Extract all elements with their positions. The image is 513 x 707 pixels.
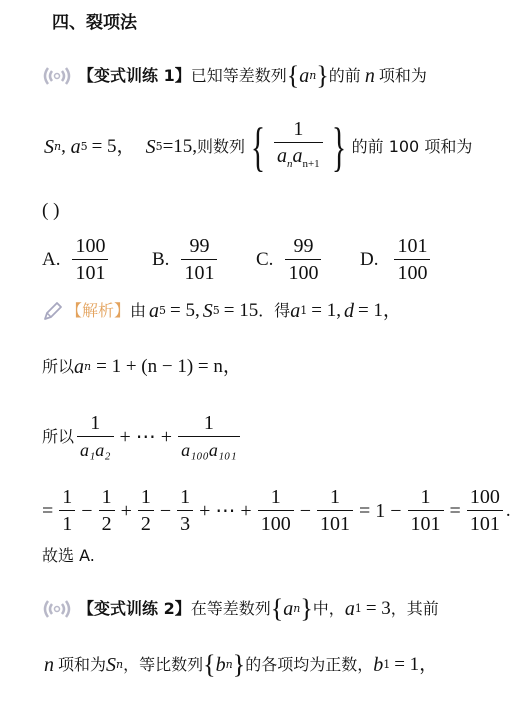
right-brace: }: [316, 63, 328, 89]
pencil-icon: [42, 300, 64, 322]
fraction: 1 anan+1: [274, 118, 323, 175]
left-brace: {: [287, 63, 299, 89]
option-b[interactable]: B. 99101: [152, 235, 256, 284]
option-c[interactable]: C. 99100: [256, 235, 360, 284]
answer-blank: ( ): [42, 200, 59, 222]
big-left-brace: {: [251, 120, 265, 174]
audio-broadcast-icon: [42, 599, 72, 619]
audio-broadcast-icon: [42, 66, 72, 86]
exercise2-line1: 【变式训练 2】 在等差数列 {an} 中， a1 = 3 ，其前: [42, 596, 439, 622]
option-a[interactable]: A. 100101: [42, 235, 152, 284]
solution-line4: = 11 − 12 + 12 − 13 + ⋯ + 1100 − 1101 = …: [42, 486, 511, 535]
exercise1-tag: 【变式训练 1】: [78, 65, 191, 87]
exercise2-line2: n 项和为 Sn ，等比数列 {bn} 的各项均为正数， b1 = 1，: [44, 652, 438, 678]
solution-line2: 所以 an = 1 + (n − 1) = n，: [42, 356, 242, 378]
solution-tag: 【解析】: [66, 300, 130, 322]
exercise2-tag: 【变式训练 2】: [78, 598, 191, 620]
options-row: A. 100101 B. 99101 C. 99100 D. 101100: [42, 235, 433, 284]
exercise1-line1: 【变式训练 1】 已知等差数列 { an } 的前 n 项和为: [42, 63, 427, 89]
section-title: 四、裂项法: [52, 12, 137, 34]
option-d[interactable]: D. 101100: [360, 235, 433, 284]
solution-conclusion: 故选 A.: [42, 545, 95, 567]
solution-line3: 所以 1a₁a₂ + ⋯ + 1a₁₀₀a₁₀₁: [42, 412, 243, 461]
big-right-brace: }: [332, 120, 346, 174]
exercise1-line2: Sn , a5 = 5， S5 =15, 则数列 { 1 anan+1 } 的前…: [44, 118, 472, 175]
solution-line1: 【解析】 由 a5 = 5, S5 = 15 ．得 a1 = 1, d = 1，: [42, 300, 402, 322]
